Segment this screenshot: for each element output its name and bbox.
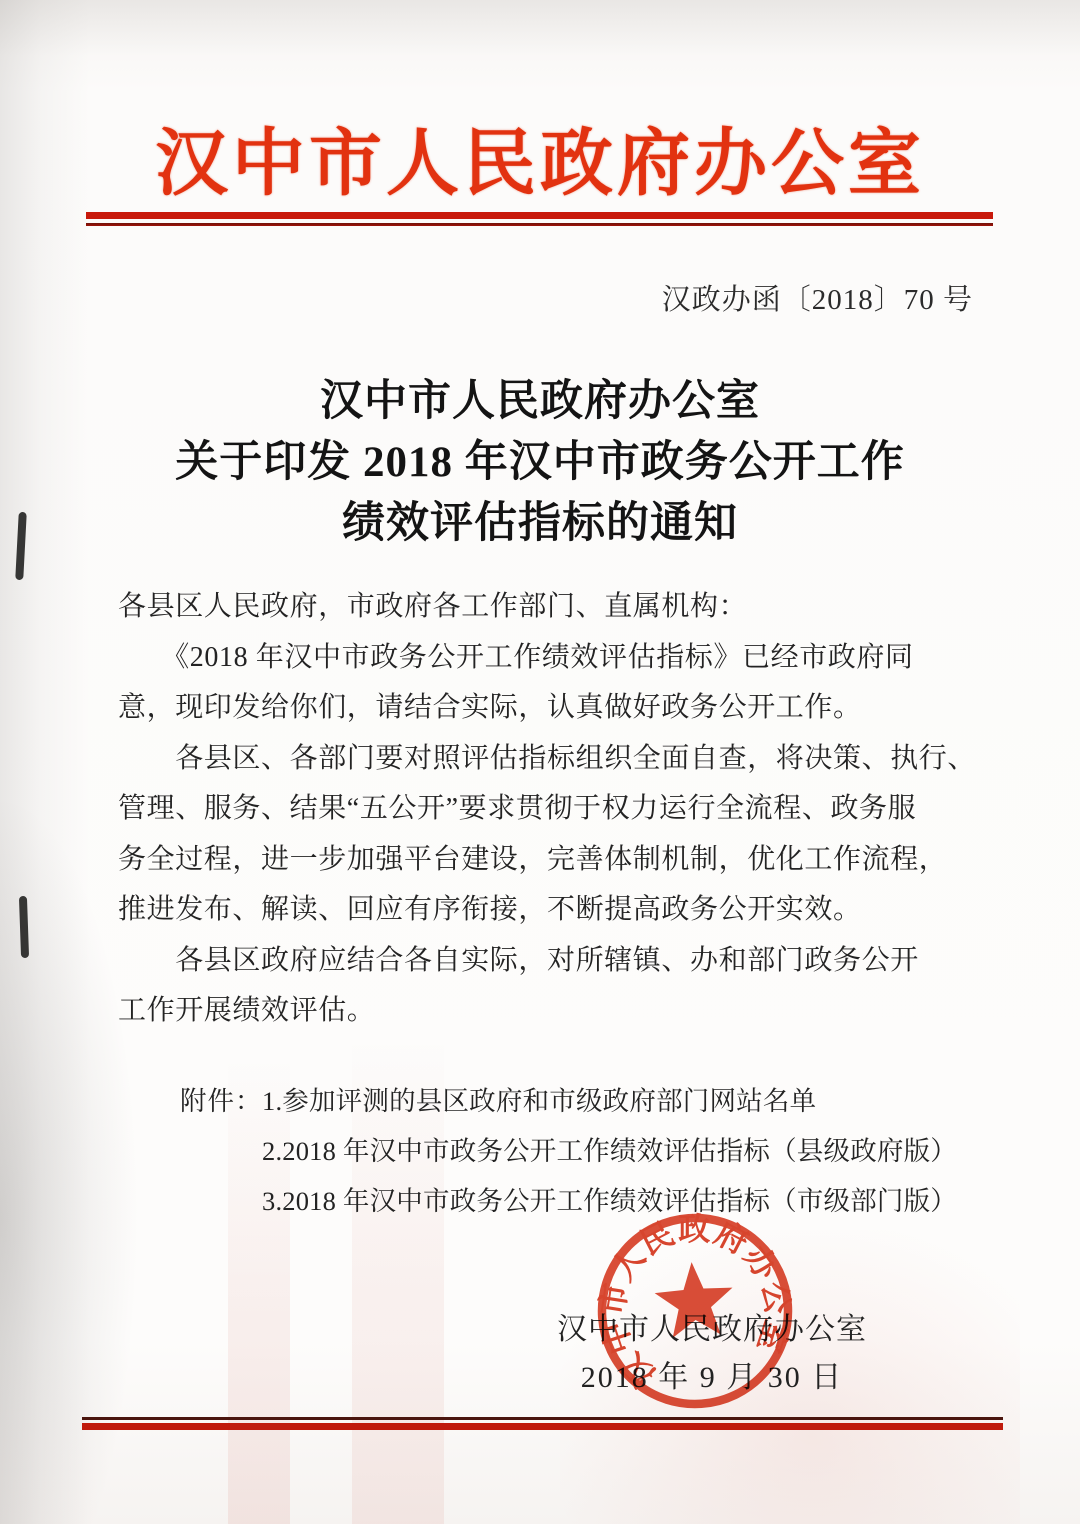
scan-artifact-top-shade <box>0 0 1080 70</box>
footer-rule-thick <box>82 1423 1003 1430</box>
attachments-block: 附件： 1.参加评测的县区政府和市级政府部门网站名单 2.2018 年汉中市政务… <box>180 1076 1040 1226</box>
notice-title: 汉中市人民政府办公室 关于印发 2018 年汉中市政务公开工作 绩效评估指标的通… <box>0 371 1080 554</box>
attachment-item: 1.参加评测的县区政府和市级政府部门网站名单 <box>262 1076 1040 1126</box>
salutation-line: 各县区人民政府，市政府各工作部门、直属机构： <box>118 582 1038 633</box>
red-star-icon <box>653 1259 736 1338</box>
body-line: 各县区政府应结合各自实际，对所辖镇、办和部门政务公开 <box>118 936 1038 987</box>
notice-title-line: 绩效评估指标的通知 <box>0 493 1080 554</box>
body-line: 各县区、各部门要对照评估指标组织全面自查，将决策、执行、 <box>118 734 1038 785</box>
letterhead-org: 汉中市人民政府办公室 <box>0 104 1080 209</box>
notice-title-line: 关于印发 2018 年汉中市政务公开工作 <box>0 432 1080 493</box>
document-page: 汉中市人民政府办公室 汉政办函〔2018〕70 号 汉中市人民政府办公室 关于印… <box>0 0 1080 1524</box>
letterhead-rule-thick <box>86 212 993 219</box>
body-line: 《2018 年汉中市政务公开工作绩效评估指标》已经市政府同 <box>118 633 1038 684</box>
body-line: 务全过程，进一步加强平台建设，完善体制机制，优化工作流程， <box>118 835 1038 886</box>
body-text: 各县区人民政府，市政府各工作部门、直属机构： 《2018 年汉中市政务公开工作绩… <box>118 582 1038 1037</box>
attachment-item: 2.2018 年汉中市政务公开工作绩效评估指标（县级政府版） <box>262 1126 1040 1176</box>
body-line: 工作开展绩效评估。 <box>118 986 1038 1037</box>
footer-rule-thin <box>82 1417 1003 1420</box>
doc-number: 汉政办函〔2018〕70 号 <box>662 277 973 318</box>
letterhead-rule-thin <box>86 223 993 226</box>
body-line: 管理、服务、结果“五公开”要求贯彻于权力运行全流程、政务服 <box>118 784 1038 835</box>
body-line: 意，现印发给你们，请结合实际，认真做好政务公开工作。 <box>118 683 1038 734</box>
notice-title-line: 汉中市人民政府办公室 <box>0 371 1080 432</box>
attachments-label: 附件： <box>180 1076 263 1126</box>
official-seal: 汉中市人民政府办公室 <box>575 1191 814 1430</box>
body-line: 推进发布、解读、回应有序衔接，不断提高政务公开实效。 <box>118 885 1038 936</box>
